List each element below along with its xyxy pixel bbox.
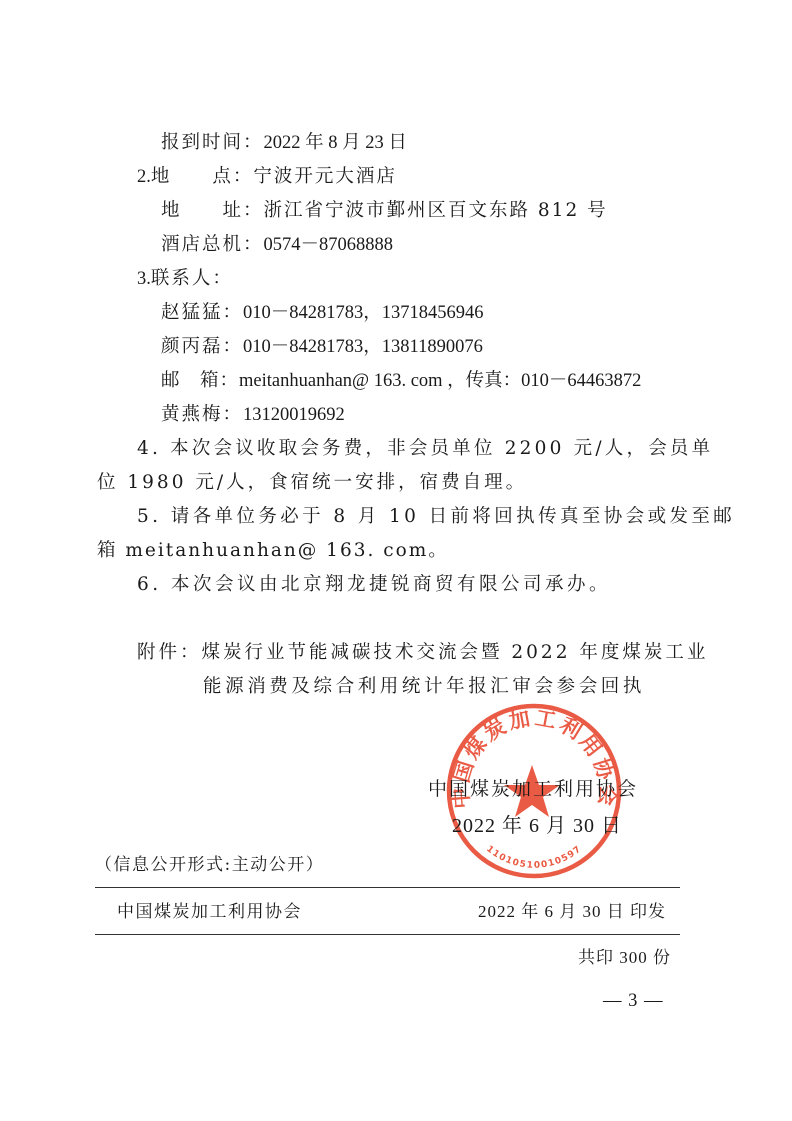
disclosure-note: （信息公开形式:主动公开） [95, 853, 324, 877]
contact-name: 黄燕梅： [161, 404, 243, 425]
attachment-line2: 能源消费及综合利用统计年报汇审会参会回执 [203, 675, 645, 699]
venue-value: 宁波开元大酒店 [253, 166, 397, 187]
email-label: 邮 箱： [161, 370, 239, 391]
contact-name: 颜丙磊： [161, 336, 243, 357]
signature-date: 2022 年 6 月 30 日 [452, 809, 622, 838]
address-label: 地 址： [161, 200, 264, 221]
item3-number: 3. [137, 269, 151, 289]
email-fax-value: meitanhuanhan@ 163. com ，传真：010－64463872 [239, 371, 641, 391]
item2-number: 2. [137, 167, 151, 187]
registration-line: 报到时间：2022 年 8 月 23 日 [161, 131, 407, 155]
venue-line: 2.地 点：宁波开元大酒店 [137, 165, 397, 189]
page-number: — 3 — [603, 989, 664, 1013]
hotel-phone-label: 酒店总机： [161, 234, 264, 255]
footer-issuer: 中国煤炭加工利用协会 [117, 900, 302, 924]
address-value: 浙江省宁波市鄞州区百文东路 812 号 [264, 200, 608, 221]
contacts-heading: 3.联系人： [137, 267, 233, 291]
item4-line1: 4. 本次会议收取会务费，非会员单位 2200 元/人，会员单 [137, 437, 713, 461]
item5-line1: 5. 请各单位务必于 8 月 10 日前将回执传真至协会或发至邮 [137, 505, 735, 529]
venue-label: 地 点： [151, 166, 254, 187]
registration-label: 报到时间： [161, 132, 264, 153]
signature-organization: 中国煤炭加工利用协会 [428, 774, 638, 801]
hotel-phone-value: 0574－87068888 [264, 235, 394, 255]
item6-line: 6. 本次会议由北京翔龙捷锐商贸有限公司承办。 [137, 573, 611, 597]
contacts-title: 联系人： [151, 268, 233, 289]
contact-row-email: 邮 箱：meitanhuanhan@ 163. com ，传真：010－6446… [161, 369, 641, 393]
contact-row: 黄燕梅：13120019692 [161, 403, 345, 427]
item5-line2: 箱 meitanhuanhan@ 163. com。 [97, 539, 449, 563]
item4-line2: 位 1980 元/人，食宿统一安排，宿费自理。 [97, 471, 527, 495]
address-line: 地 址：浙江省宁波市鄞州区百文东路 812 号 [161, 199, 608, 223]
hotel-phone-line: 酒店总机：0574－87068888 [161, 233, 393, 257]
contact-phone: 010－84281783，13811890076 [243, 337, 483, 357]
contact-name: 赵猛猛： [161, 302, 243, 323]
registration-value: 2022 年 8 月 23 日 [264, 133, 407, 153]
contact-row: 赵猛猛：010－84281783，13718456946 [161, 301, 484, 325]
divider-bottom [95, 934, 680, 935]
contact-row: 颜丙磊：010－84281783，13811890076 [161, 335, 483, 359]
footer-issue-date: 2022 年 6 月 30 日 印发 [478, 900, 666, 924]
divider-top [95, 887, 680, 888]
footer-copies: 共印 300 份 [578, 946, 671, 970]
attachment-line1: 附件：煤炭行业节能减碳技术交流会暨 2022 年度煤炭工业 [137, 641, 708, 665]
contact-phone: 13120019692 [243, 405, 345, 425]
contact-phone: 010－84281783，13718456946 [243, 303, 484, 323]
